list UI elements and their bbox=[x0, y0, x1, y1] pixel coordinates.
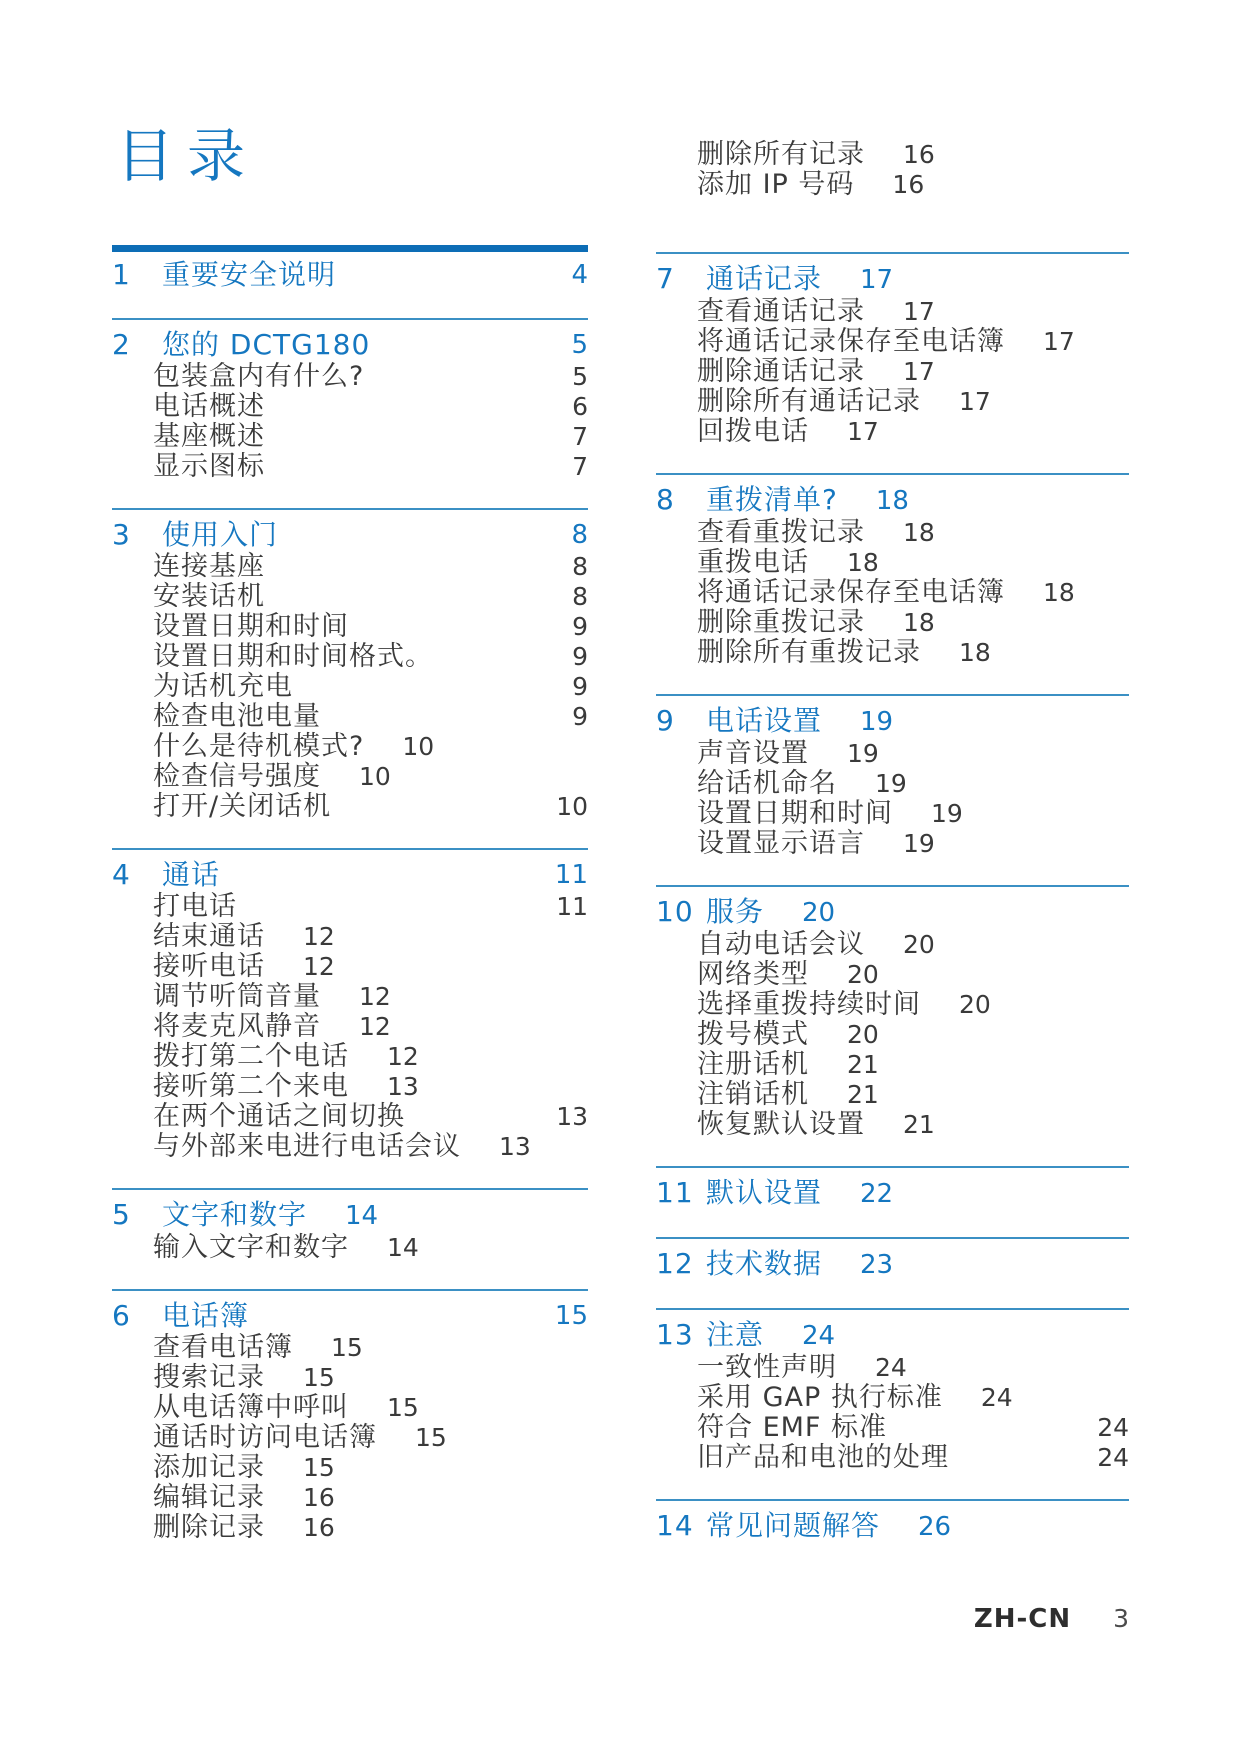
section-number: 9 bbox=[656, 704, 706, 738]
section-divider bbox=[656, 1308, 1129, 1310]
toc-item: 打电话11 bbox=[112, 892, 588, 922]
item-title: 将通话记录保存至电话簿 bbox=[697, 326, 1005, 357]
item-title: 接听第二个来电 bbox=[153, 1071, 349, 1102]
item-page-number: 12 bbox=[359, 982, 391, 1011]
item-page-number: 11 bbox=[556, 892, 588, 922]
toc-item: 一致性声明24 bbox=[656, 1353, 1129, 1383]
item-title: 设置日期和时间 bbox=[153, 611, 349, 642]
section-title: 通话记录 bbox=[706, 262, 822, 295]
item-title: 输入文字和数字 bbox=[153, 1232, 349, 1263]
item-title: 注册话机 bbox=[697, 1049, 809, 1080]
section-title: 重要安全说明 bbox=[162, 258, 336, 291]
item-page-number: 18 bbox=[903, 608, 935, 637]
section-divider bbox=[112, 848, 588, 850]
toc-item: 检查电池电量9 bbox=[112, 702, 588, 732]
item-title: 选择重拨持续时间 bbox=[697, 989, 921, 1020]
item-title: 添加记录 bbox=[153, 1452, 265, 1483]
item-page-number: 18 bbox=[959, 638, 991, 667]
item-page-number: 17 bbox=[1043, 327, 1075, 356]
toc-item: 设置日期和时间9 bbox=[112, 612, 588, 642]
item-title: 注销话机 bbox=[697, 1079, 809, 1110]
section-page-number: 26 bbox=[918, 1512, 951, 1542]
section-number: 11 bbox=[656, 1176, 706, 1210]
toc-section-9: 9电话设置19 bbox=[656, 704, 1129, 739]
item-page-number: 5 bbox=[572, 362, 588, 392]
item-page-number: 20 bbox=[903, 930, 935, 959]
item-title: 连接基座 bbox=[153, 551, 265, 582]
item-page-number: 8 bbox=[572, 552, 588, 582]
toc-item: 查看电话簿15 bbox=[112, 1333, 588, 1363]
section-page-number: 5 bbox=[571, 328, 588, 362]
toc-item: 查看通话记录17 bbox=[656, 297, 1129, 327]
item-title: 电话概述 bbox=[153, 391, 265, 422]
item-title: 编辑记录 bbox=[153, 1482, 265, 1513]
item-page-number: 24 bbox=[981, 1383, 1013, 1412]
page-title: 目录 bbox=[116, 126, 258, 187]
item-title: 打电话 bbox=[153, 891, 237, 922]
toc-section-7: 7通话记录17 bbox=[656, 262, 1129, 297]
item-page-number: 21 bbox=[903, 1110, 935, 1139]
item-page-number: 20 bbox=[847, 960, 879, 989]
section-page-number: 22 bbox=[860, 1179, 893, 1209]
section-number: 6 bbox=[112, 1299, 162, 1333]
toc-column-right: 删除所有记录16添加 IP 号码167通话记录17查看通话记录17将通话记录保存… bbox=[656, 140, 1129, 1544]
section-title: 文字和数字 bbox=[162, 1198, 307, 1231]
section-title: 电话设置 bbox=[706, 704, 822, 737]
item-page-number: 19 bbox=[903, 829, 935, 858]
section-number: 13 bbox=[656, 1318, 706, 1352]
item-title: 删除通话记录 bbox=[697, 356, 865, 387]
toc-item: 将通话记录保存至电话簿17 bbox=[656, 327, 1129, 357]
item-page-number: 7 bbox=[572, 452, 588, 482]
section-number: 1 bbox=[112, 258, 162, 292]
section-divider bbox=[656, 694, 1129, 696]
section-number: 8 bbox=[656, 483, 706, 517]
section-divider bbox=[656, 252, 1129, 254]
toc-section-10: 10服务20 bbox=[656, 895, 1129, 930]
item-title: 搜索记录 bbox=[153, 1362, 265, 1393]
item-title: 包装盒内有什么? bbox=[153, 361, 364, 392]
section-number: 5 bbox=[112, 1198, 162, 1232]
toc-item: 查看重拨记录18 bbox=[656, 518, 1129, 548]
toc-item: 删除记录16 bbox=[112, 1513, 588, 1543]
item-page-number: 19 bbox=[847, 739, 879, 768]
item-title: 删除重拨记录 bbox=[697, 607, 865, 638]
item-title: 删除所有通话记录 bbox=[697, 386, 921, 417]
toc-item: 通话时访问电话簿15 bbox=[112, 1423, 588, 1453]
item-page-number: 24 bbox=[875, 1353, 907, 1382]
toc-item: 检查信号强度10 bbox=[112, 762, 588, 792]
item-title: 符合 EMF 标准 bbox=[697, 1412, 887, 1443]
section-page-number: 20 bbox=[802, 898, 835, 928]
section-page-number: 4 bbox=[571, 258, 588, 292]
toc-item: 给话机命名19 bbox=[656, 769, 1129, 799]
section-divider bbox=[656, 1166, 1129, 1168]
item-page-number: 10 bbox=[556, 792, 588, 822]
item-title: 旧产品和电池的处理 bbox=[697, 1442, 949, 1473]
item-page-number: 24 bbox=[1097, 1443, 1129, 1473]
toc-item: 选择重拨持续时间20 bbox=[656, 990, 1129, 1020]
section-number: 3 bbox=[112, 518, 162, 552]
section-number: 12 bbox=[656, 1247, 706, 1281]
item-page-number: 6 bbox=[572, 392, 588, 422]
item-page-number: 16 bbox=[892, 170, 924, 199]
item-title: 重拨电话 bbox=[697, 547, 809, 578]
section-divider bbox=[112, 245, 588, 252]
toc-item: 添加 IP 号码16 bbox=[656, 170, 1129, 200]
item-title: 拨号模式 bbox=[697, 1019, 809, 1050]
item-title: 基座概述 bbox=[153, 421, 265, 452]
item-page-number: 7 bbox=[572, 422, 588, 452]
item-title: 查看电话簿 bbox=[153, 1332, 293, 1363]
manual-toc-page: 目录 1重要安全说明42您的 DCTG1805包装盒内有什么?5电话概述6基座概… bbox=[0, 0, 1241, 1754]
toc-item: 设置显示语言19 bbox=[656, 829, 1129, 859]
section-number: 14 bbox=[656, 1509, 706, 1543]
section-page-number: 15 bbox=[555, 1299, 588, 1333]
item-page-number: 12 bbox=[303, 922, 335, 951]
toc-item: 显示图标7 bbox=[112, 452, 588, 482]
item-page-number: 17 bbox=[903, 357, 935, 386]
toc-item: 删除重拨记录18 bbox=[656, 608, 1129, 638]
item-page-number: 15 bbox=[303, 1363, 335, 1392]
page-number: 3 bbox=[1113, 1604, 1129, 1633]
toc-item: 电话概述6 bbox=[112, 392, 588, 422]
toc-item: 与外部来电进行电话会议13 bbox=[112, 1132, 588, 1162]
item-title: 调节听筒音量 bbox=[153, 981, 321, 1012]
item-title: 设置日期和时间 bbox=[697, 798, 893, 829]
toc-section-4: 4通话11 bbox=[112, 858, 588, 892]
item-page-number: 13 bbox=[556, 1102, 588, 1132]
item-page-number: 9 bbox=[572, 642, 588, 672]
toc-item: 拨号模式20 bbox=[656, 1020, 1129, 1050]
toc-item: 包装盒内有什么?5 bbox=[112, 362, 588, 392]
section-divider bbox=[656, 473, 1129, 475]
section-page-number: 11 bbox=[555, 858, 588, 892]
section-page-number: 14 bbox=[345, 1201, 378, 1231]
toc-item: 设置日期和时间格式。9 bbox=[112, 642, 588, 672]
section-number: 2 bbox=[112, 328, 162, 362]
section-divider bbox=[112, 1289, 588, 1291]
item-title: 将通话记录保存至电话簿 bbox=[697, 577, 1005, 608]
item-page-number: 9 bbox=[572, 672, 588, 702]
section-title: 通话 bbox=[162, 858, 220, 891]
toc-item: 搜索记录15 bbox=[112, 1363, 588, 1393]
toc-item: 将通话记录保存至电话簿18 bbox=[656, 578, 1129, 608]
section-number: 10 bbox=[656, 895, 706, 929]
item-title: 删除所有重拨记录 bbox=[697, 637, 921, 668]
toc-item: 添加记录15 bbox=[112, 1453, 588, 1483]
toc-item: 旧产品和电池的处理24 bbox=[656, 1443, 1129, 1473]
section-title: 重拨清单? bbox=[706, 483, 838, 516]
language-code: ZH-CN bbox=[974, 1604, 1071, 1634]
toc-item: 接听电话12 bbox=[112, 952, 588, 982]
item-page-number: 12 bbox=[303, 952, 335, 981]
toc-item: 设置日期和时间19 bbox=[656, 799, 1129, 829]
item-page-number: 18 bbox=[903, 518, 935, 547]
section-page-number: 23 bbox=[860, 1250, 893, 1280]
section-page-number: 8 bbox=[571, 518, 588, 552]
item-title: 设置显示语言 bbox=[697, 828, 865, 859]
item-title: 显示图标 bbox=[153, 451, 265, 482]
item-page-number: 24 bbox=[1097, 1413, 1129, 1443]
toc-section-8: 8重拨清单?18 bbox=[656, 483, 1129, 518]
item-page-number: 12 bbox=[387, 1042, 419, 1071]
toc-item: 声音设置19 bbox=[656, 739, 1129, 769]
section-title: 电话簿 bbox=[162, 1299, 249, 1332]
item-page-number: 16 bbox=[303, 1513, 335, 1542]
toc-item: 将麦克风静音12 bbox=[112, 1012, 588, 1042]
item-title: 查看重拨记录 bbox=[697, 517, 865, 548]
toc-item: 网络类型20 bbox=[656, 960, 1129, 990]
toc-item: 编辑记录16 bbox=[112, 1483, 588, 1513]
toc-item: 删除所有通话记录17 bbox=[656, 387, 1129, 417]
toc-column-left: 1重要安全说明42您的 DCTG1805包装盒内有什么?5电话概述6基座概述7显… bbox=[112, 245, 588, 1543]
item-title: 在两个通话之间切换 bbox=[153, 1101, 405, 1132]
item-page-number: 15 bbox=[415, 1423, 447, 1452]
toc-section-13: 13注意24 bbox=[656, 1318, 1129, 1353]
toc-section-11: 11默认设置22 bbox=[656, 1176, 1129, 1211]
toc-section-14: 14常见问题解答26 bbox=[656, 1509, 1129, 1544]
toc-item: 为话机充电9 bbox=[112, 672, 588, 702]
toc-section-2: 2您的 DCTG1805 bbox=[112, 328, 588, 362]
toc-item: 重拨电话18 bbox=[656, 548, 1129, 578]
section-title: 注意 bbox=[706, 1318, 764, 1351]
item-page-number: 10 bbox=[359, 762, 391, 791]
item-page-number: 12 bbox=[359, 1012, 391, 1041]
item-title: 什么是待机模式? bbox=[153, 731, 364, 762]
item-page-number: 16 bbox=[903, 140, 935, 169]
item-title: 一致性声明 bbox=[697, 1352, 837, 1383]
item-title: 查看通话记录 bbox=[697, 296, 865, 327]
section-title: 常见问题解答 bbox=[706, 1509, 880, 1542]
section-divider bbox=[112, 1188, 588, 1190]
section-title: 技术数据 bbox=[706, 1247, 822, 1280]
item-page-number: 15 bbox=[331, 1333, 363, 1362]
toc-section-12: 12技术数据23 bbox=[656, 1247, 1129, 1282]
toc-item: 连接基座8 bbox=[112, 552, 588, 582]
item-title: 采用 GAP 执行标准 bbox=[697, 1382, 943, 1413]
item-title: 拨打第二个电话 bbox=[153, 1041, 349, 1072]
item-title: 给话机命名 bbox=[697, 768, 837, 799]
item-page-number: 13 bbox=[499, 1132, 531, 1161]
section-divider bbox=[112, 318, 588, 320]
item-title: 添加 IP 号码 bbox=[697, 169, 854, 200]
toc-section-6: 6电话簿15 bbox=[112, 1299, 588, 1333]
toc-item: 回拨电话17 bbox=[656, 417, 1129, 447]
section-page-number: 19 bbox=[860, 707, 893, 737]
item-page-number: 13 bbox=[387, 1072, 419, 1101]
item-title: 从电话簿中呼叫 bbox=[153, 1392, 349, 1423]
item-title: 恢复默认设置 bbox=[697, 1109, 865, 1140]
toc-item: 注册话机21 bbox=[656, 1050, 1129, 1080]
toc-item: 基座概述7 bbox=[112, 422, 588, 452]
item-page-number: 14 bbox=[387, 1233, 419, 1262]
item-title: 回拨电话 bbox=[697, 416, 809, 447]
toc-item: 安装话机8 bbox=[112, 582, 588, 612]
item-title: 设置日期和时间格式。 bbox=[153, 641, 433, 672]
item-page-number: 15 bbox=[387, 1393, 419, 1422]
item-page-number: 20 bbox=[847, 1020, 879, 1049]
item-title: 接听电话 bbox=[153, 951, 265, 982]
section-page-number: 18 bbox=[876, 486, 909, 516]
item-title: 与外部来电进行电话会议 bbox=[153, 1131, 461, 1162]
toc-item: 调节听筒音量12 bbox=[112, 982, 588, 1012]
item-page-number: 21 bbox=[847, 1080, 879, 1109]
toc-item: 打开/关闭话机10 bbox=[112, 792, 588, 822]
item-title: 打开/关闭话机 bbox=[153, 791, 331, 822]
item-title: 检查信号强度 bbox=[153, 761, 321, 792]
toc-item: 自动电话会议20 bbox=[656, 930, 1129, 960]
item-page-number: 10 bbox=[402, 732, 434, 761]
section-divider bbox=[656, 1237, 1129, 1239]
item-title: 结束通话 bbox=[153, 921, 265, 952]
item-title: 网络类型 bbox=[697, 959, 809, 990]
section-number: 7 bbox=[656, 262, 706, 296]
section-title: 使用入门 bbox=[162, 518, 278, 551]
toc-section-5: 5文字和数字14 bbox=[112, 1198, 588, 1233]
section-page-number: 17 bbox=[860, 265, 893, 295]
section-divider bbox=[656, 1499, 1129, 1501]
item-page-number: 20 bbox=[959, 990, 991, 1019]
item-page-number: 18 bbox=[1043, 578, 1075, 607]
item-page-number: 21 bbox=[847, 1050, 879, 1079]
toc-item: 结束通话12 bbox=[112, 922, 588, 952]
toc-item: 采用 GAP 执行标准24 bbox=[656, 1383, 1129, 1413]
item-title: 检查电池电量 bbox=[153, 701, 321, 732]
section-title: 服务 bbox=[706, 895, 764, 928]
item-page-number: 16 bbox=[303, 1483, 335, 1512]
item-page-number: 8 bbox=[572, 582, 588, 612]
toc-item: 符合 EMF 标准24 bbox=[656, 1413, 1129, 1443]
section-number: 4 bbox=[112, 858, 162, 892]
section-page-number: 24 bbox=[802, 1321, 835, 1351]
toc-item: 什么是待机模式?10 bbox=[112, 732, 588, 762]
toc-item: 恢复默认设置21 bbox=[656, 1110, 1129, 1140]
toc-item: 删除所有记录16 bbox=[656, 140, 1129, 170]
section-divider bbox=[112, 508, 588, 510]
item-page-number: 18 bbox=[847, 548, 879, 577]
item-title: 为话机充电 bbox=[153, 671, 293, 702]
item-page-number: 19 bbox=[875, 769, 907, 798]
toc-section-3: 3使用入门8 bbox=[112, 518, 588, 552]
toc-item: 接听第二个来电13 bbox=[112, 1072, 588, 1102]
page-footer: ZH-CN 3 bbox=[656, 1604, 1129, 1634]
item-page-number: 15 bbox=[303, 1453, 335, 1482]
item-page-number: 19 bbox=[931, 799, 963, 828]
item-title: 自动电话会议 bbox=[697, 929, 865, 960]
toc-item: 删除通话记录17 bbox=[656, 357, 1129, 387]
item-page-number: 9 bbox=[572, 612, 588, 642]
item-title: 将麦克风静音 bbox=[153, 1011, 321, 1042]
item-title: 删除记录 bbox=[153, 1512, 265, 1543]
toc-section-1: 1重要安全说明4 bbox=[112, 258, 588, 292]
section-title: 默认设置 bbox=[706, 1176, 822, 1209]
item-page-number: 17 bbox=[959, 387, 991, 416]
section-divider bbox=[656, 885, 1129, 887]
toc-item: 拨打第二个电话12 bbox=[112, 1042, 588, 1072]
item-page-number: 17 bbox=[903, 297, 935, 326]
toc-item: 在两个通话之间切换13 bbox=[112, 1102, 588, 1132]
item-page-number: 9 bbox=[572, 702, 588, 732]
toc-item: 注销话机21 bbox=[656, 1080, 1129, 1110]
item-title: 安装话机 bbox=[153, 581, 265, 612]
toc-item: 删除所有重拨记录18 bbox=[656, 638, 1129, 668]
item-title: 通话时访问电话簿 bbox=[153, 1422, 377, 1453]
item-title: 声音设置 bbox=[697, 738, 809, 769]
item-page-number: 17 bbox=[847, 417, 879, 446]
section-title: 您的 DCTG180 bbox=[162, 328, 370, 361]
toc-item: 从电话簿中呼叫15 bbox=[112, 1393, 588, 1423]
toc-item: 输入文字和数字14 bbox=[112, 1233, 588, 1263]
item-title: 删除所有记录 bbox=[697, 139, 865, 170]
